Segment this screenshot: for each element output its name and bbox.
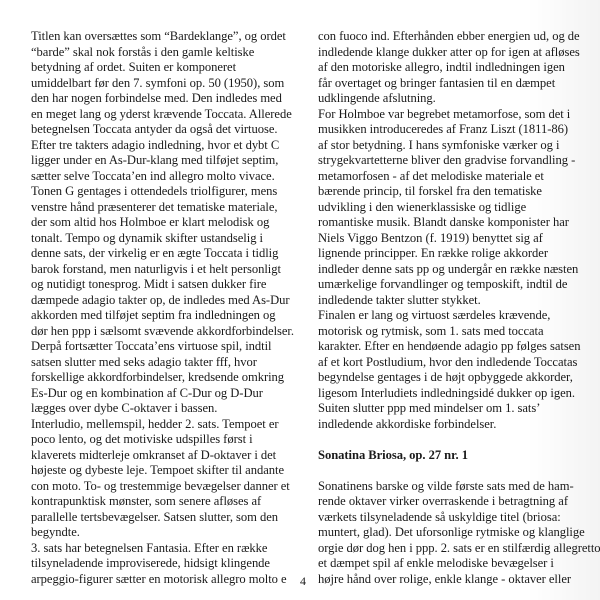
text-line: satsen slutter med seks adagio takter ff… [31, 355, 299, 371]
text-line: der som altid hos Holmboe er klart melod… [31, 215, 299, 231]
text-line: akkorden med tilføjet septim fra indledn… [31, 308, 299, 324]
text-line: muntert, glad). Det uforsonlige rytmiske… [318, 525, 590, 541]
text-line: Es-Dur og en kombination af C-Dur og D-D… [31, 386, 299, 402]
text-line: tonalt. Tempo og dynamik skifter ustands… [31, 231, 299, 247]
text-line: ligger under en As-Dur-klang med tilføje… [31, 153, 299, 169]
text-line: indledende klange dukker atter op for ig… [318, 45, 590, 61]
text-line: umærkelige forvandlinger og temposkift, … [318, 277, 590, 293]
document-page: Titlen kan oversættes som “Bardeklange”,… [0, 0, 600, 600]
text-line: et dæmpet spil af enkle melodiske bevæge… [318, 556, 590, 572]
text-line: af den motoriske allegro, indtil indledn… [318, 60, 590, 76]
text-line: tilsyneladende improviserede, hidsigt kl… [31, 556, 299, 572]
text-line: højeste og dybeste leje. Tempoet skifter… [31, 463, 299, 479]
text-line: betydning af ordet. Suiten er komponeret [31, 60, 299, 76]
text-line: Interludio, mellemspil, hedder 2. sats. … [31, 417, 299, 433]
left-column: Titlen kan oversættes som “Bardeklange”,… [31, 29, 299, 587]
text-line: begyndelse gentages i de højt opbyggede … [318, 370, 590, 386]
text-line: ligesom Interludiets indledningsidé dukk… [318, 386, 590, 402]
text-line: romantiske musik. Blandt danske komponis… [318, 215, 590, 231]
text-line: Tonen G gentages i ottendedels triolfigu… [31, 184, 299, 200]
text-line: musikken introduceredes af Franz Liszt (… [318, 122, 590, 138]
text-line: parallelle tertsbevægelser. Satsen slutt… [31, 510, 299, 526]
text-line: værkets tilsyneladende så uskyldige tite… [318, 510, 590, 526]
text-line: arpeggio-figurer sætter en motorisk alle… [31, 572, 299, 588]
text-line: får overtaget og bringer fantasien til e… [318, 76, 590, 92]
text-line: Sonatinens barske og vilde første sats m… [318, 479, 590, 495]
text-line: umiddelbart før den 7. symfoni op. 50 (1… [31, 76, 299, 92]
text-line: en meget lang og yderst krævende Toccata… [31, 107, 299, 123]
text-line: indledende akkordiske forbindelser. [318, 417, 590, 433]
text-line: Titlen kan oversættes som “Bardeklange”,… [31, 29, 299, 45]
text-line: bærende princip, til forskel fra den tem… [318, 184, 590, 200]
text-line: Efter tre takters adagio indledning, hvo… [31, 138, 299, 154]
text-line: “barde” skal nok forstås i den gamle kel… [31, 45, 299, 61]
right-column-body-bottom: Sonatinens barske og vilde første sats m… [318, 479, 590, 588]
text-line: sætter selve Toccata’en ind allegro molt… [31, 169, 299, 185]
text-line: rende oktaver virker overraskende i betr… [318, 494, 590, 510]
text-line: Derpå fortsætter Toccata’ens virtuose sp… [31, 339, 299, 355]
text-line: betegnelsen Toccata antyder da også det … [31, 122, 299, 138]
text-line: lægges over dybe C-oktaver i bassen. [31, 401, 299, 417]
text-line: denne sats, der virkelig er en ægte Tocc… [31, 246, 299, 262]
text-line: udvikling i den wienerklassiske og tidli… [318, 200, 590, 216]
text-line: poco lento, og det motiviske udspilles f… [31, 432, 299, 448]
text-line: con moto. To- og trestemmige bevægelser … [31, 479, 299, 495]
text-line: 3. sats har betegnelsen Fantasia. Efter … [31, 541, 299, 557]
text-line: begyndte. [31, 525, 299, 541]
text-line: kontrapunktisk mønster, som senere afløs… [31, 494, 299, 510]
text-line: con fuoco ind. Efterhånden ebber energie… [318, 29, 590, 45]
text-line: karakter. Efter en hendøende adagio pp f… [318, 339, 590, 355]
section-heading: Sonatina Briosa, op. 27 nr. 1 [318, 448, 590, 464]
text-line: orgie dør dog hen i ppp. 2. sats er en s… [318, 541, 590, 557]
text-line: dæmpede adagio takter op, de indledes me… [31, 293, 299, 309]
text-line: lignende principper. En række rolige akk… [318, 246, 590, 262]
text-line: Niels Viggo Bentzon (f. 1919) benyttet s… [318, 231, 590, 247]
text-line: af stor betydning. I hans symfoniske vær… [318, 138, 590, 154]
text-line: barok forstand, men naturligvis i et hel… [31, 262, 299, 278]
text-line: udklingende afslutning. [318, 91, 590, 107]
text-line: indleder denne sats pp og undergår en ræ… [318, 262, 590, 278]
text-line: forskellige akkordforbindelser, kredsend… [31, 370, 299, 386]
page-number: 4 [300, 574, 306, 589]
text-line: Suiten slutter ppp med mindelser om 1. s… [318, 401, 590, 417]
text-line: metamorfosen - af det melodiske material… [318, 169, 590, 185]
text-line: For Holmboe var begrebet metamorfose, so… [318, 107, 590, 123]
text-line: Finalen er lang og virtuost særdeles kræ… [318, 308, 590, 324]
text-line: klaverets midterleje omkranset af D-okta… [31, 448, 299, 464]
text-line: og nutidigt tonesprog. Midt i satsen duk… [31, 277, 299, 293]
text-line: venstre hånd præsenterer det tematiske m… [31, 200, 299, 216]
text-line: af et kort Postludium, hvor den indleden… [318, 355, 590, 371]
text-line: indledende takter slutter stykket. [318, 293, 590, 309]
right-column-body-top: con fuoco ind. Efterhånden ebber energie… [318, 29, 590, 432]
text-line: strygekvartetterne bliver den gradvise f… [318, 153, 590, 169]
text-line: motorisk og rytmisk, som 1. sats med toc… [318, 324, 590, 340]
text-line: den har nogen forbindelse med. Den indle… [31, 91, 299, 107]
text-line: højre hånd over rolige, enkle klange - o… [318, 572, 590, 588]
text-line: dør hen ppp i sælsomt svævende akkordfor… [31, 324, 299, 340]
right-column: con fuoco ind. Efterhånden ebber energie… [318, 29, 590, 587]
